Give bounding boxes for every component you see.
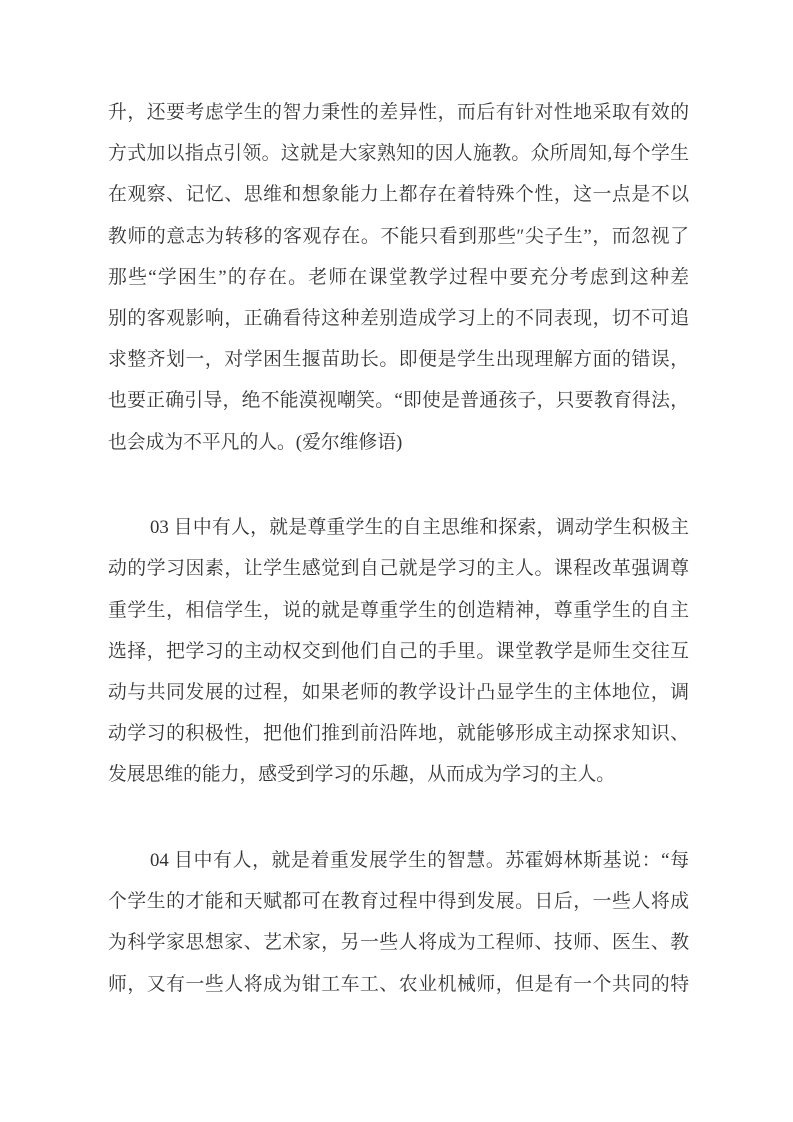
- text-line: 求整齐划一，对学困生揠苗助长。即便是学生出现理解方面的错误，: [108, 339, 689, 380]
- text-line: 在观察、记忆、思维和想象能力上都存在着特殊个性，这一点是不以: [108, 174, 689, 215]
- text-line: 方式加以指点引领。这就是大家熟知的因人施教。众所周知,每个学生: [108, 133, 689, 174]
- text-line: 重学生，相信学生，说的就是尊重学生的创造精神，尊重学生的自主: [108, 590, 689, 631]
- text-line: 个学生的才能和天赋都可在教育过程中得到发展。日后，一些人将成: [108, 881, 689, 922]
- document-page: 升，还要考虑学生的智力秉性的差异性，而后有针对性地采取有效的方式加以指点引领。这…: [0, 0, 793, 1122]
- paragraph: 04 目中有人，就是着重发展学生的智慧。苏霍姆林斯基说：“每个学生的才能和天赋都…: [108, 840, 689, 1005]
- paragraph: 03 目中有人，就是尊重学生的自主思维和探索，调动学生积极主动的学习因素，让学生…: [108, 507, 689, 795]
- text-line: 03 目中有人，就是尊重学生的自主思维和探索，调动学生积极主: [108, 507, 689, 548]
- text-line: 动学习的积极性，把他们推到前沿阵地，就能够形成主动探求知识、: [108, 713, 689, 754]
- text-line: 也会成为不平凡的人。(爱尔维修语): [108, 422, 689, 463]
- text-line: 师，又有一些人将成为钳工车工、农业机械师，但是有一个共同的特: [108, 964, 689, 1005]
- document-content: 升，还要考虑学生的智力秉性的差异性，而后有针对性地采取有效的方式加以指点引领。这…: [108, 92, 689, 1005]
- text-line: 动与共同发展的过程，如果老师的教学设计凸显学生的主体地位，调: [108, 672, 689, 713]
- text-line: 为科学家思想家、艺术家，另一些人将成为工程师、技师、医生、教: [108, 922, 689, 963]
- text-line: 教师的意志为转移的客观存在。不能只看到那些″尖子生”，而忽视了: [108, 216, 689, 257]
- text-line: 发展思维的能力，感受到学习的乐趣，从而成为学习的主人。: [108, 754, 689, 795]
- text-line: 升，还要考虑学生的智力秉性的差异性，而后有针对性地采取有效的: [108, 92, 689, 133]
- text-line: 那些“学困生”的存在。老师在课堂教学过程中要充分考虑到这种差: [108, 257, 689, 298]
- text-line: 别的客观影响，正确看待这种差别造成学习上的不同表现，切不可追: [108, 298, 689, 339]
- paragraph: 升，还要考虑学生的智力秉性的差异性，而后有针对性地采取有效的方式加以指点引领。这…: [108, 92, 689, 463]
- text-line: 04 目中有人，就是着重发展学生的智慧。苏霍姆林斯基说：“每: [108, 840, 689, 881]
- text-line: 也要正确引导，绝不能漠视嘲笑。“即使是普通孩子，只要教育得法，: [108, 380, 689, 421]
- text-line: 动的学习因素，让学生感觉到自己就是学习的主人。课程改革强调尊: [108, 548, 689, 589]
- text-line: 选择，把学习的主动权交到他们自己的手里。课堂教学是师生交往互: [108, 631, 689, 672]
